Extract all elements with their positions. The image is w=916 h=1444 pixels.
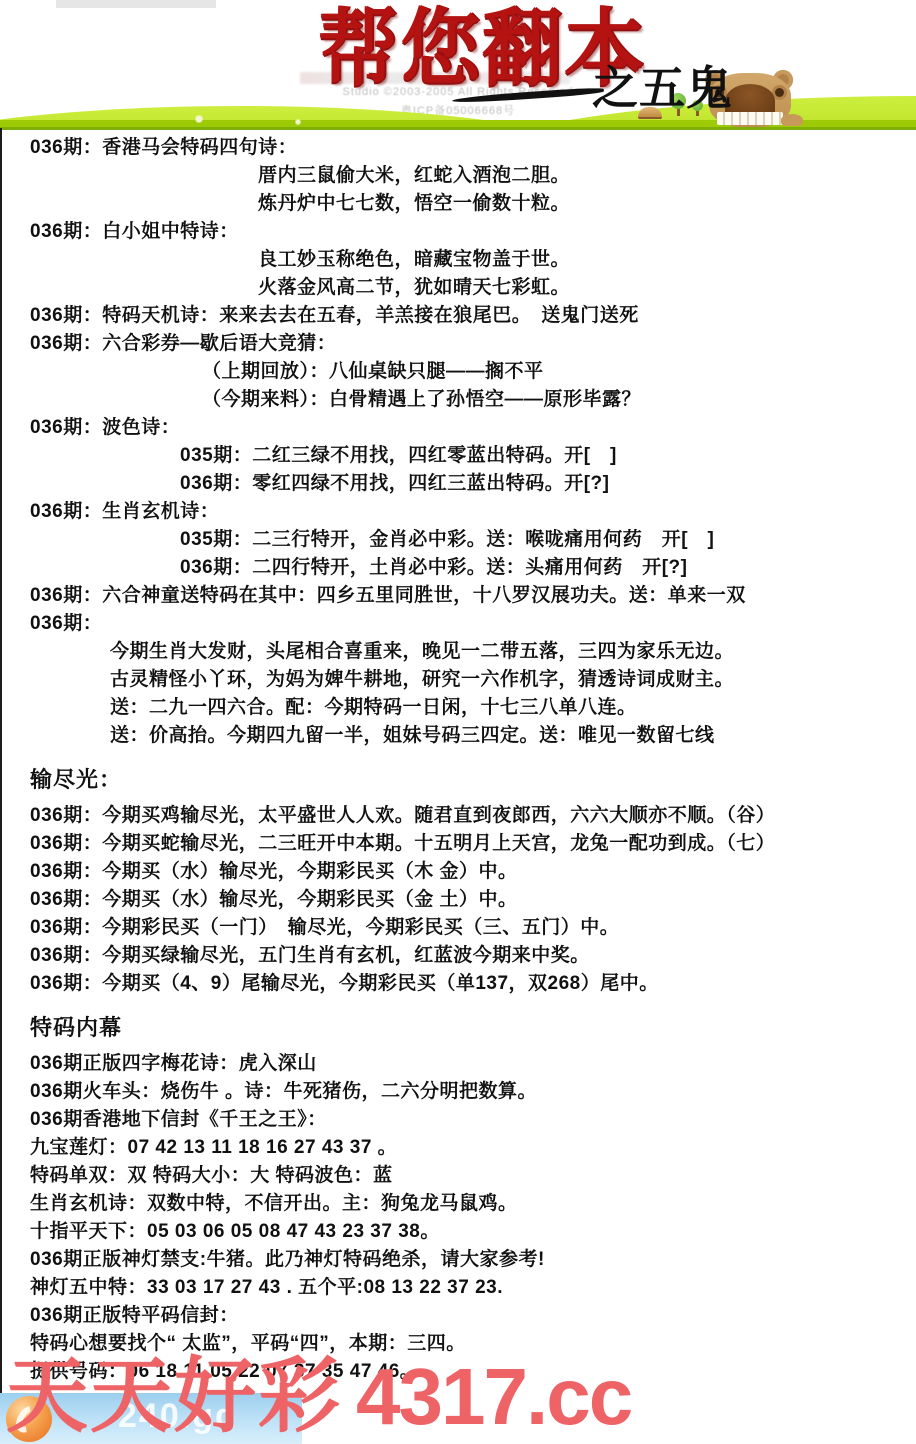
text-line: 炼丹炉中七七数，悟空一偷数十粒。: [30, 190, 900, 218]
text-line: 036期：二四行特开，土肖必中彩。送：头痛用何药 开[?]: [30, 554, 900, 582]
text-line: 036期：今期买（4、9）尾输尽光，今期彩民买（单137，双268）尾中。: [30, 970, 900, 998]
site-url[interactable]: 4317.cc: [356, 1352, 631, 1441]
text-line: 036期：今期买蛇输尽光，二三旺开中本期。十五明月上天宫，龙兔一配功到成。（七）: [30, 830, 900, 858]
text-line: 036期：白小姐中特诗：: [30, 218, 900, 246]
text-line: 036期：零红四绿不用找，四红三蓝出特码。开[?]: [30, 470, 900, 498]
text-line: 特码单双：双 特码大小：大 特码波色：蓝: [30, 1162, 900, 1190]
text-line: 036期：今期买（水）输尽光，今期彩民买（金 土）中。: [30, 886, 900, 914]
text-line: 今期生肖大发财，头尾相合喜重来，晚见一二带五落，三四为家乐无边。: [30, 638, 900, 666]
text-line: 035期：二红三绿不用找，四红零蓝出特码。开[ ]: [30, 442, 900, 470]
site-banner[interactable]: 天天好彩4317.cc: [6, 1356, 631, 1438]
text-line: 036期：香港马会特码四句诗：: [30, 134, 900, 162]
text-line: 神灯五中特：33 03 17 27 43 . 五个平:08 13 22 37 2…: [30, 1274, 900, 1302]
text-line: 036期正版特平码信封：: [30, 1302, 900, 1330]
text-line: 036期：特码天机诗：来来去去在五春，羊羔接在狼尾巴。 送鬼门送死: [30, 302, 900, 330]
text-line: 036期：生肖玄机诗：: [30, 498, 900, 526]
text-line: 送：价高抬。今期四九留一半，姐妹号码三四定。送：唯见一数留七线: [30, 722, 900, 750]
text-line: 十指平天下：05 03 06 05 08 47 43 23 37 38。: [30, 1218, 900, 1246]
text-line: 036期：六合神童送特码在其中：四乡五里同胜世，十八罗汉展功夫。送：单来一双: [30, 582, 900, 610]
text-line: 古灵精怪小丫环，为妈为婢牛耕地，研究一六作机字，猜透诗词成财主。: [30, 666, 900, 694]
text-line: 036期火车头：烧伤牛 。诗：牛死猪伤，二六分明把数算。: [30, 1078, 900, 1106]
flower-dot-icon: [196, 116, 202, 122]
text-line: （今期来料）：白骨精遇上了孙悟空——原形毕露？: [30, 386, 900, 414]
text-line: （上期回放）：八仙桌缺只腿——搁不平: [30, 358, 900, 386]
text-line: 036期正版神灯禁支:牛猪。此乃神灯特码绝杀，请大家参考!: [30, 1246, 900, 1274]
text-line: 036期：今期买鸡输尽光，太平盛世人人欢。随君直到夜郎西，六六大顺亦不顺。（谷）: [30, 802, 900, 830]
text-line: 036期：六合彩券—歇后语大竞猜：: [30, 330, 900, 358]
text-line: 送：二九一四六合。配：今期特码一日闲，十七三八单八连。: [30, 694, 900, 722]
content: 036期：香港马会特码四句诗：厝内三鼠偷大米，红蛇入酒泡二胆。炼丹炉中七七数，悟…: [30, 134, 900, 1386]
tip-sheet-page: Studio ©2003-2005 All Rights Reserved 粤I…: [0, 0, 916, 1444]
text-line: 良工妙玉称绝色，暗藏宝物盖于世。: [30, 246, 900, 274]
text-line: 036期正版四字梅花诗：虎入深山: [30, 1050, 900, 1078]
site-name[interactable]: 天天好彩: [6, 1351, 342, 1442]
top-remnant-bar: [56, 0, 216, 8]
text-line: 生肖玄机诗：双数中特，不信开出。主：狗兔龙马鼠鸡。: [30, 1190, 900, 1218]
text-line: 036期：今期彩民买（一门） 输尽光，今期彩民买（三、五门）中。: [30, 914, 900, 942]
flower-dot-icon: [296, 120, 300, 124]
section-heading: 输尽光：: [30, 765, 900, 795]
section-heading: 特码内幕: [30, 1013, 900, 1043]
text-line: 036期：: [30, 610, 900, 638]
text-line: 035期：二三行特开，金肖必中彩。送：喉咙痛用何药 开[ ]: [30, 526, 900, 554]
page-subtitle: 之五鬼: [592, 52, 733, 118]
text-line: 036期：今期买绿输尽光，五门生肖有玄机，红蓝波今期来中奖。: [30, 942, 900, 970]
text-line: 036期香港地下信封《千王之王》：: [30, 1106, 900, 1134]
text-line: 火落金风高二节，犹如晴天七彩虹。: [30, 274, 900, 302]
left-border-line: [0, 128, 2, 1444]
text-line: 036期：波色诗：: [30, 414, 900, 442]
text-line: 036期：今期买（水）输尽光，今期彩民买（木 金）中。: [30, 858, 900, 886]
text-line: 厝内三鼠偷大米，红蛇入酒泡二胆。: [30, 162, 900, 190]
text-line: 九宝莲灯：07 42 13 11 18 16 27 43 37 。: [30, 1134, 900, 1162]
